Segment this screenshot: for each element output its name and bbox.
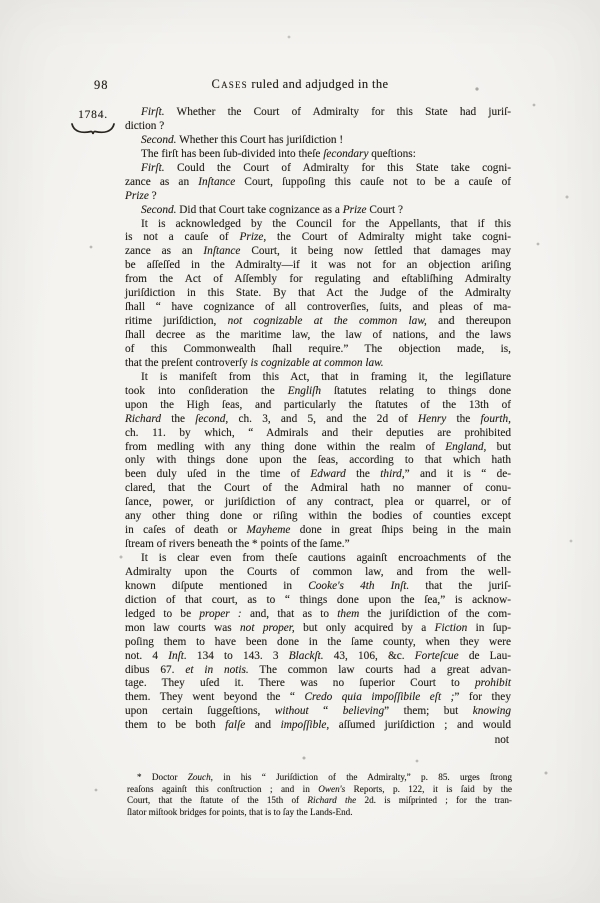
text-line: that the preſent controverſy is cognizab…	[125, 357, 511, 371]
text-line: ledged to be proper : and, that as to th…	[125, 608, 511, 622]
text-line: in caſes of death or Mayheme done in gre…	[125, 524, 511, 538]
footnote-line: reaſons againſt this conſtruction ; and …	[127, 784, 512, 796]
text-line: ritime juriſdiction, not cognizable at t…	[125, 315, 511, 329]
text-line: Admiralty upon the Courts of common law,…	[125, 566, 511, 580]
text-line: Second. Did that Court take cognizance a…	[125, 204, 511, 218]
text-line: took into conſideration the Engliſh ſtat…	[125, 385, 511, 399]
footnote-line: * Doctor Zouch, in his “ Juriſdiction of…	[127, 772, 512, 784]
margin-year-block: 1784.	[64, 109, 122, 136]
text-line: ſhall decree as the maritime law, the la…	[125, 329, 511, 343]
text-line: any other thing done or riſing within th…	[125, 510, 511, 524]
text-line: clared, that the Court of the Admiral ha…	[125, 482, 511, 496]
text-line: tage. They uſed it. There was no ſuperio…	[125, 677, 511, 691]
page-number: 98	[94, 78, 109, 93]
text-line: poſing them to have been done in the ſam…	[125, 636, 511, 650]
text-line: from the Act of Aſſembly for regulating …	[125, 273, 511, 287]
text-line: them. They went beyond the “ Credo quia …	[125, 691, 511, 705]
margin-year: 1784.	[78, 109, 108, 121]
text-line: only with things done upon the ſeas, acc…	[125, 454, 511, 468]
catchword: not	[125, 734, 511, 748]
text-line: from medling with any thing done within …	[125, 441, 511, 455]
text-line: ſhall “ have cognizance of all controver…	[125, 301, 511, 315]
text-line: them to be both falſe and impoſſible, aſ…	[125, 719, 511, 733]
text-line: zance as an Inſtance Court, it being now…	[125, 245, 511, 259]
text-line: mon law courts was not proper, but only …	[125, 622, 511, 636]
text-line: dibus 67. et in notis. The common law co…	[125, 664, 511, 678]
year-brace-icon	[70, 122, 116, 136]
text-line: Second. Whether this Court has juriſdict…	[125, 134, 511, 148]
text-line: been duly uſed in the time of Edward the…	[125, 468, 511, 482]
text-line: is not a cauſe of Prize, the Court of Ad…	[125, 231, 511, 245]
text-line: diction of that court, as to “ things do…	[125, 594, 511, 608]
text-line: zance as an Inſtance Court, ſuppoſing th…	[125, 176, 511, 190]
text-line: It is manifeſt from this Act, that in fr…	[125, 371, 511, 385]
text-line: ſance, power, or juriſdiction of any con…	[125, 496, 511, 510]
footnote: * Doctor Zouch, in his “ Juriſdiction of…	[127, 772, 512, 818]
scanned-book-page: 98 Cases ruled and adjudged in the 1784.…	[0, 0, 600, 903]
scan-noise	[0, 0, 2, 2]
text-line: It is clear even from theſe cautions aga…	[125, 552, 511, 566]
text-line: diction ?	[125, 120, 511, 134]
text-line: not. 4 Inſt. 134 to 143. 3 Blackſt. 43, …	[125, 650, 511, 664]
text-line: of this Commonwealth ſhall require.” The…	[125, 343, 511, 357]
text-line: be aſſeſſed in the Admiralty—if it was n…	[125, 259, 511, 273]
text-line: Firſt. Whether the Court of Admiralty fo…	[125, 106, 511, 120]
text-line: known diſpute mentioned in Cooke's 4th I…	[125, 580, 511, 594]
text-line: Richard the ſecond, ch. 3, and 5, and th…	[125, 413, 511, 427]
text-line: Firſt. Could the Court of Admiralty for …	[125, 162, 511, 176]
running-title-rest: ruled and adjudged in the	[248, 77, 389, 91]
text-line: ſtream of rivers beneath the * points of…	[125, 538, 511, 552]
running-title: Cases ruled and adjudged in the	[0, 77, 600, 92]
text-line: upon certain ſuggeſtions, without “ beli…	[125, 705, 511, 719]
text-line: ch. 11. by which, “ Admirals and their d…	[125, 427, 511, 441]
text-line: The firſt has been ſub-divided into theſ…	[125, 148, 511, 162]
footnote-line: Court, that the ſtatute of the 15th of R…	[127, 795, 512, 807]
text-line: upon the High ſeas, and particularly the…	[125, 399, 511, 413]
text-line: It is acknowledged by the Council for th…	[125, 218, 511, 232]
text-line: Prize ?	[125, 190, 511, 204]
footnote-line: ſlator miſtook bridges for points, that …	[127, 807, 512, 819]
text-line: juriſdiction in this State. By that Act …	[125, 287, 511, 301]
running-title-smallcaps: Cases	[212, 77, 248, 91]
page-header: 98 Cases ruled and adjudged in the	[0, 77, 600, 92]
body-text: Firſt. Whether the Court of Admiralty fo…	[125, 106, 511, 733]
